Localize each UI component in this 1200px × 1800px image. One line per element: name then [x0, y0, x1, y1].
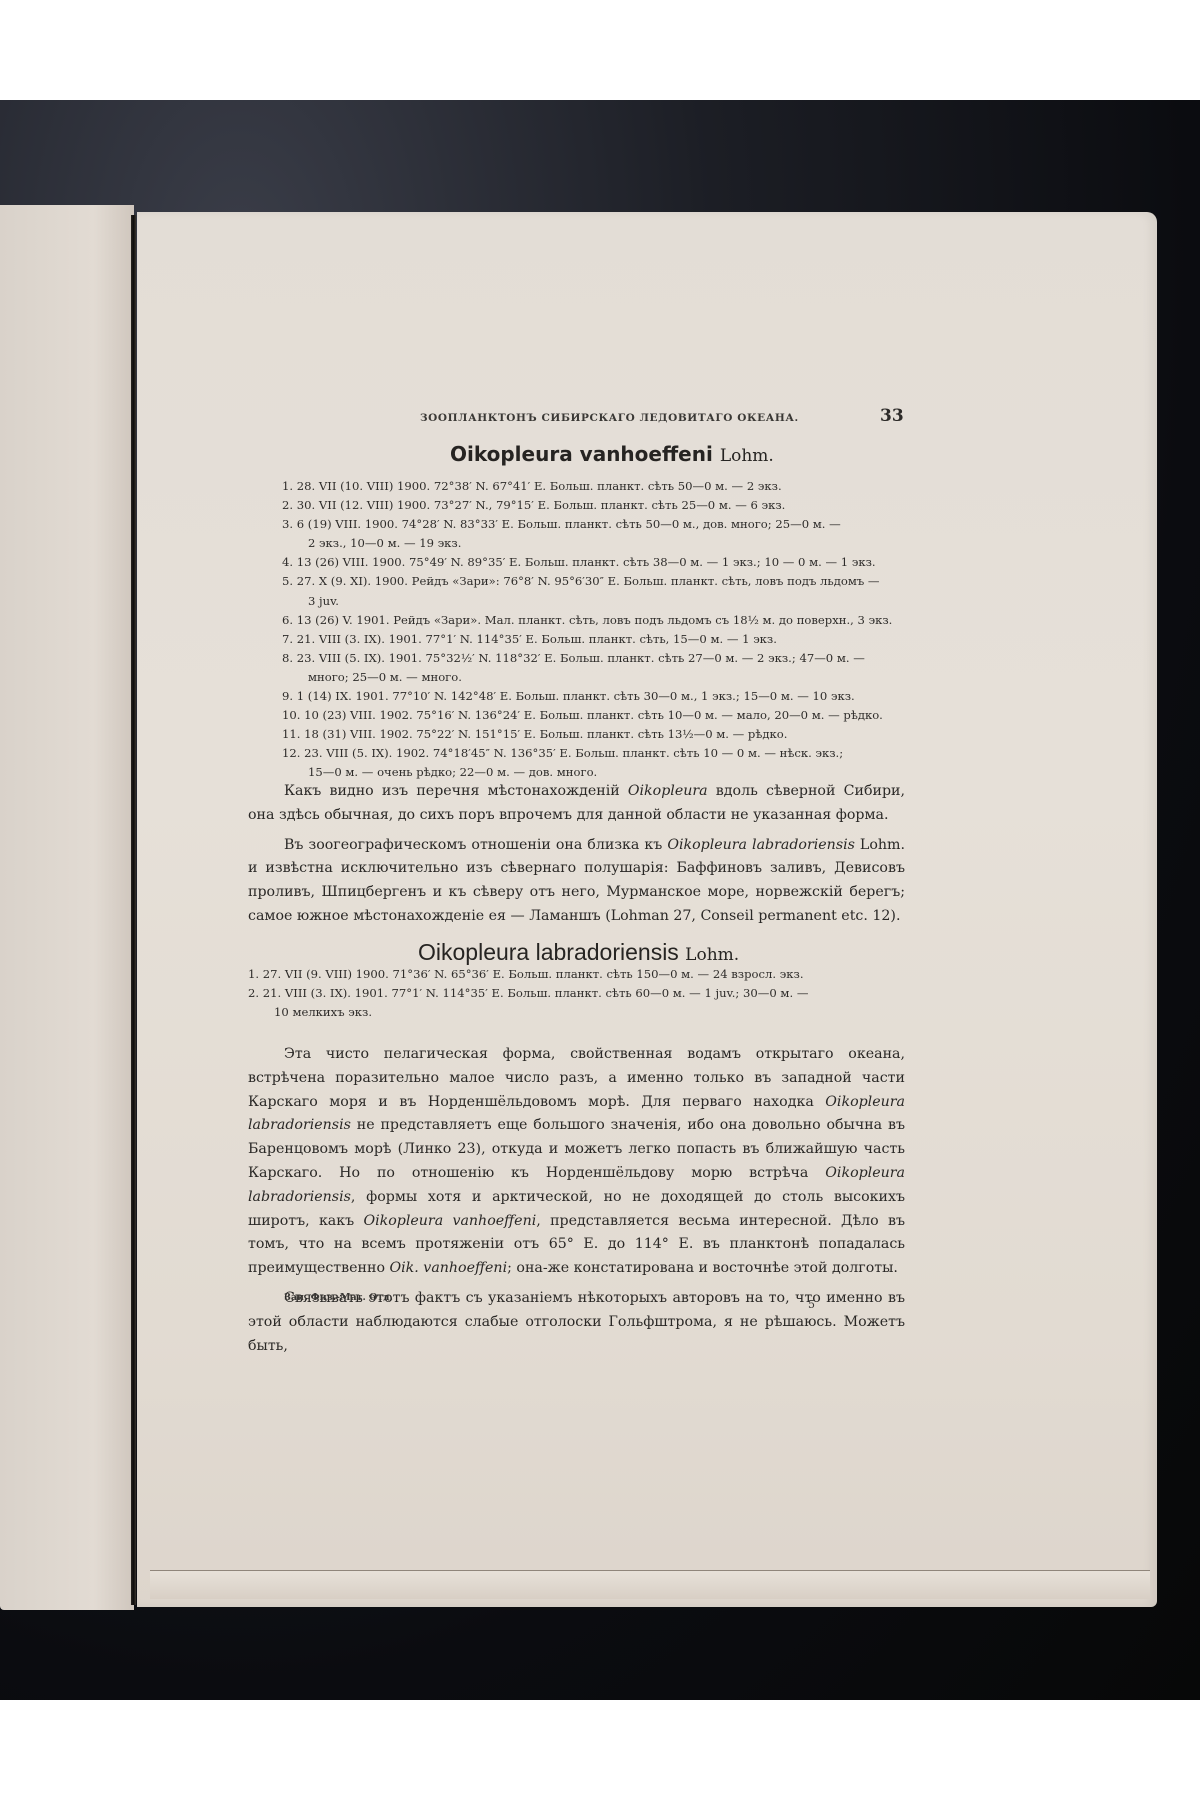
- record-entry-continuation: 3 juv.: [282, 592, 907, 611]
- record-entry: 2. 30. VII (12. VIII) 1900. 73°27′ N., 7…: [282, 496, 907, 515]
- record-entry: 2. 21. VIII (3. IX). 1901. 77°1′ N. 114°…: [248, 984, 903, 1003]
- species-name: Oikopleura labradoriensis: [418, 939, 679, 965]
- species-title-labradoriensis: Oikopleura labradoriensis Lohm.: [418, 939, 739, 966]
- discussion-labradoriensis: Эта чисто пелагическая форма, свойственн…: [248, 1043, 905, 1358]
- top-margin: [0, 0, 1200, 100]
- record-entry: 5. 27. X (9. XI). 1900. Рейдъ «Зари»: 76…: [282, 572, 907, 591]
- record-entry-continuation: много; 25—0 м. — много.: [282, 668, 907, 687]
- record-entry: 12. 23. VIII (5. IX). 1902. 74°18′45″ N.…: [282, 744, 907, 763]
- record-entry: 6. 13 (26) V. 1901. Рейдъ «Зари». Мал. п…: [282, 611, 907, 630]
- taxon-name: Oikopleura: [628, 783, 708, 799]
- paragraph: Какъ видно изъ перечня мѣстонахожденій O…: [248, 780, 905, 828]
- record-entry: 8. 23. VIII (5. IX). 1901. 75°32½′ N. 11…: [282, 649, 907, 668]
- record-entry: 4. 13 (26) VIII. 1900. 75°49′ N. 89°35′ …: [282, 553, 907, 572]
- page-number: 33: [880, 406, 904, 426]
- running-head: ЗООПЛАНКТОНЪ СИБИРСКАГО ЛЕДОВИТАГО ОКЕАН…: [420, 412, 799, 424]
- record-list-labradoriensis: 1. 27. VII (9. VIII) 1900. 71°36′ N. 65°…: [248, 965, 903, 1022]
- taxon-name: Oikopleura labradoriensis: [248, 1094, 905, 1134]
- taxon-name: Oik. vanhoeffeni: [390, 1260, 508, 1276]
- footer-sheet-number: 5: [808, 1298, 815, 1311]
- taxon-name: Oikopleura labradoriensis: [248, 1165, 905, 1205]
- record-entry-continuation: 2 экз., 10—0 м. — 19 экз.: [282, 534, 907, 553]
- record-list-vanhoeffeni: 1. 28. VII (10. VIII) 1900. 72°38′ N. 67…: [282, 477, 907, 783]
- book-spine: [131, 215, 136, 1605]
- left-page: [0, 205, 134, 1610]
- record-entry: 1. 27. VII (9. VIII) 1900. 71°36′ N. 65°…: [248, 965, 903, 984]
- record-entry: 9. 1 (14) IX. 1901. 77°10′ N. 142°48′ E.…: [282, 687, 907, 706]
- taxon-name: Oikopleura labradoriensis: [667, 837, 855, 853]
- page-bottom-edge: [150, 1570, 1150, 1599]
- species-author: Lohm.: [720, 446, 774, 466]
- record-entry-continuation: 10 мелкихъ экз.: [248, 1003, 903, 1022]
- species-title-vanhoeffeni: Oikopleura vanhoeffeni Lohm.: [450, 442, 774, 466]
- species-name: Oikopleura vanhoeffeni: [450, 442, 713, 466]
- species-author: Lohm.: [685, 945, 739, 965]
- paragraph: Эта чисто пелагическая форма, свойственн…: [248, 1043, 905, 1281]
- bottom-margin: [0, 1700, 1200, 1800]
- record-entry: 11. 18 (31) VIII. 1902. 75°22′ N. 151°15…: [282, 725, 907, 744]
- discussion-vanhoeffeni: Какъ видно изъ перечня мѣстонахожденій O…: [248, 780, 905, 929]
- paragraph: Въ зоогеографическомъ отношеніи она близ…: [248, 834, 905, 929]
- record-entry: 7. 21. VIII (3. IX). 1901. 77°1′ N. 114°…: [282, 630, 907, 649]
- taxon-name: Oikopleura vanhoeffeni: [363, 1213, 536, 1229]
- footer-signature: Зап. Физ.-Мат. Отд.: [284, 1292, 393, 1303]
- record-entry: 1. 28. VII (10. VIII) 1900. 72°38′ N. 67…: [282, 477, 907, 496]
- record-entry: 10. 10 (23) VIII. 1902. 75°16′ N. 136°24…: [282, 706, 907, 725]
- record-entry: 3. 6 (19) VIII. 1900. 74°28′ N. 83°33′ E…: [282, 515, 907, 534]
